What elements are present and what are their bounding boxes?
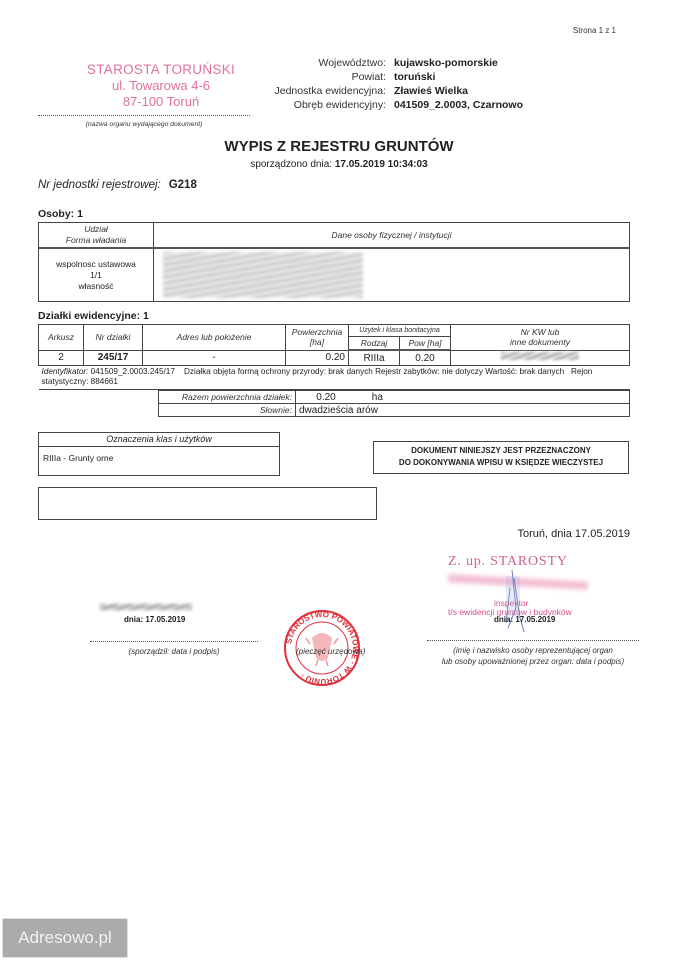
identifier-label: Identyfikator: [42, 367, 89, 376]
registry-unit-label: Nr jednostki rejestrowej: [38, 179, 161, 191]
use-class-header: Użytek i klasa bonitacyjna [349, 325, 451, 337]
person-data-header: Dane osoby fizycznej / instytucji [154, 223, 630, 249]
location-row-precinct: Obręb ewidencyjny:041509_2.0003, Czarnow… [232, 98, 523, 112]
document-title: WYPIS Z REJESTRU GRUNTÓW [0, 138, 678, 155]
location-value: 041509_2.0003, Czarnowo [394, 98, 523, 112]
identifier-value: 041509_2.0003.245/17 [91, 367, 175, 376]
parcels-label: Działki ewidencyjne: 1 [38, 310, 149, 322]
kind-header: Rodzaj [349, 337, 400, 351]
persons-label: Osoby: 1 [38, 208, 83, 220]
share-fraction: 1/1 [42, 270, 150, 281]
created-value: 17.05.2019 10:34:03 [335, 159, 428, 170]
issuer-dotted-line [38, 115, 250, 116]
classes-item: RIIIa - Grunty orne [39, 447, 279, 469]
place-date: Toruń, dnia 17.05.2019 [517, 528, 630, 540]
empty-box [38, 487, 377, 520]
location-label: Województwo: [232, 56, 394, 70]
table-row: 2 245/17 - 0.20 RIIIa 0.20 [39, 350, 630, 366]
parcel-no-cell: 245/17 [84, 350, 143, 366]
left-signature-line [90, 641, 258, 642]
table-row: wspolnosc ustawowa 1/1 własność [39, 248, 630, 302]
classes-header: Oznaczenia klas i użytków [39, 433, 279, 447]
right-caption-line1: (imię i nazwisko osoby reprezentującej o… [410, 645, 656, 656]
location-row-county: Powiat:toruński [232, 70, 523, 84]
ownership-form: własność [42, 281, 150, 292]
notice-line1: DOKUMENT NINIEJSZY JEST PRZEZNACZONY [374, 445, 628, 457]
right-signature-line [427, 640, 639, 641]
seal-caption: (pieczęć urzędowa) [296, 647, 365, 656]
area-header-line1: Powierzchnia [289, 327, 345, 337]
kw-header-line2: inne dokumenty [454, 337, 626, 347]
issuer-stamp: STAROSTA TORUŃSKI ul. Towarowa 4-6 87-10… [66, 62, 256, 110]
notice-line2: DO DOKONYWANIA WPISU W KSIĘDZE WIECZYSTE… [374, 457, 628, 469]
right-caption-line2: lub osoby upoważnionej przez organ: data… [410, 656, 656, 667]
address-cell: - [143, 350, 286, 366]
total-area-number: 0.20 [299, 392, 353, 403]
address-header: Adres lub położenie [143, 325, 286, 351]
total-area-unit: ha [372, 392, 383, 403]
registry-unit: Nr jednostki rejestrowej:G218 [38, 179, 197, 191]
parcels-summary-table: Razem powierzchnia działek: 0.20 ha Słow… [158, 390, 630, 417]
location-row-voivodeship: Województwo:kujawsko-pomorskie [232, 56, 523, 70]
location-info: Województwo:kujawsko-pomorskie Powiat:to… [232, 56, 523, 112]
issuer-caption: (nazwa organu wydającego dokument) [38, 121, 250, 128]
parcel-info-row: Identyfikator: 041509_2.0003.245/17 Dzia… [39, 366, 630, 390]
words-row: Słownie: dwadzieścia arów [159, 404, 630, 417]
location-value: Zławieś Wielka [394, 84, 468, 98]
area-header: Powierzchnia [ha] [286, 325, 349, 351]
parcels-table: Arkusz Nr działki Adres lub położenie Po… [38, 324, 630, 390]
share-cell: wspolnosc ustawowa 1/1 własność [39, 248, 154, 302]
classes-box: Oznaczenia klas i użytków RIIIa - Grunty… [38, 432, 280, 476]
kw-cell [451, 350, 630, 366]
parcel-details: Działka objęta formą ochrony przyrody: b… [184, 367, 564, 376]
location-value: kujawsko-pomorskie [394, 56, 498, 70]
area-header-line2: [ha] [289, 337, 345, 347]
notice-box: DOKUMENT NINIEJSZY JEST PRZEZNACZONY DO … [373, 441, 629, 474]
redacted-person-data [163, 252, 363, 298]
location-label: Powiat: [232, 70, 394, 84]
redacted-kw [501, 352, 579, 360]
words-value: dwadzieścia arów [296, 404, 630, 417]
location-label: Jednostka ewidencyjna: [232, 84, 394, 98]
page-number: Strona 1 z 1 [573, 26, 616, 35]
parcel-info-cell: Identyfikator: 041509_2.0003.245/17 Dzia… [39, 366, 630, 390]
persons-header-row: Udział Forma władania Dane osoby fizyczn… [39, 223, 630, 249]
parcel-no-header: Nr działki [84, 325, 143, 351]
registry-unit-value: G218 [169, 179, 197, 191]
created-date: sporządzono dnia: 17.05.2019 10:34:03 [0, 159, 678, 170]
total-area-value: 0.20 ha [296, 391, 630, 404]
area-cell: 0.20 [286, 350, 349, 366]
share-header-line2: Forma władania [42, 235, 150, 246]
persons-table: Udział Forma władania Dane osoby fizyczn… [38, 222, 630, 302]
location-label: Obręb ewidencyjny: [232, 98, 394, 112]
share-type: wspolnosc ustawowa [42, 259, 150, 270]
region-value: 884661 [91, 377, 118, 386]
kind-cell: RIIIa [349, 350, 400, 366]
words-label: Słownie: [159, 404, 296, 417]
kw-header: Nr KW lub inne dokumenty [451, 325, 630, 351]
sheet-header: Arkusz [39, 325, 84, 351]
location-row-unit: Jednostka ewidencyjna:Zławieś Wielka [232, 84, 523, 98]
redacted-preparer-name [100, 604, 192, 610]
signature-icon [494, 568, 534, 640]
kw-header-line1: Nr KW lub [454, 327, 626, 337]
issuer-name: STAROSTA TORUŃSKI [66, 62, 256, 78]
share-header-line1: Udział [42, 224, 150, 235]
left-signature-caption: (sporządził: data i podpis) [90, 647, 258, 656]
total-area-label: Razem powierzchnia działek: [159, 391, 296, 404]
sheet-cell: 2 [39, 350, 84, 366]
issuer-city: 87-100 Toruń [66, 94, 256, 110]
issuer-street: ul. Towarowa 4-6 [66, 78, 256, 94]
right-signature-caption: (imię i nazwisko osoby reprezentującej o… [410, 645, 656, 667]
left-signature-date: dnia: 17.05.2019 [124, 615, 185, 624]
share-header: Udział Forma władania [39, 223, 154, 249]
person-data-cell [154, 248, 630, 302]
use-area-header: Pow [ha] [400, 337, 451, 351]
use-area-cell: 0.20 [400, 350, 451, 366]
watermark-badge: Adresowo.pl [2, 918, 128, 958]
created-label: sporządzono dnia: [250, 159, 332, 170]
location-value: toruński [394, 70, 435, 84]
parcels-header-row: Arkusz Nr działki Adres lub położenie Po… [39, 325, 630, 337]
total-area-row: Razem powierzchnia działek: 0.20 ha [159, 391, 630, 404]
